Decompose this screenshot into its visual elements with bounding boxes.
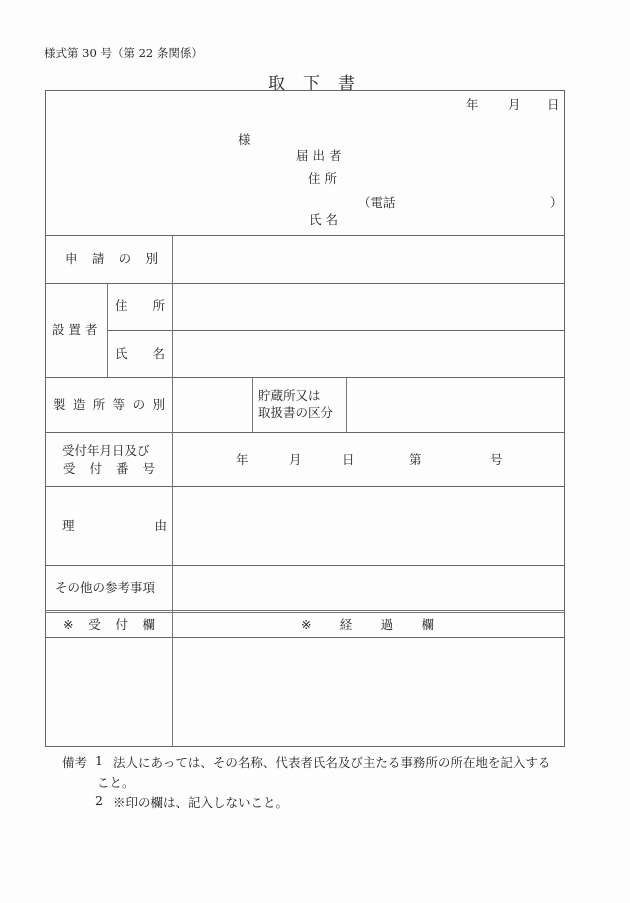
receipt-date-number-field[interactable] — [174, 434, 564, 485]
installer-label: 設 置 者 — [52, 324, 97, 337]
receipt-label-line2: 受 付 番 号 — [63, 463, 155, 476]
remark-number: 2 — [95, 793, 103, 808]
installer-name-field[interactable] — [174, 332, 564, 376]
label-char: 氏 — [115, 348, 128, 361]
storage-category-label-line2: 取扱書の区分 — [258, 407, 333, 420]
label-char: ※ — [301, 619, 311, 632]
label-char: 所 — [93, 399, 106, 412]
label-char: ※ — [63, 619, 73, 632]
storage-category-label-line1: 貯蔵所又は — [258, 390, 321, 403]
divider — [107, 330, 565, 331]
receipt-label-line1: 受付年月日及び — [62, 445, 150, 458]
reason-label: 理 由 — [62, 520, 167, 533]
label-char: 番 — [116, 463, 129, 476]
label-char: 等 — [113, 399, 126, 412]
label-char: 申 — [65, 253, 78, 266]
remarks-label: 備考 — [62, 753, 87, 771]
label-char: 経 — [340, 619, 353, 632]
column-divider — [107, 283, 108, 377]
date-day-label: 日 — [547, 99, 560, 112]
progress-area — [174, 640, 564, 746]
remark-text: 法人にあっては、その名称、代表者氏名及び主たる事務所の所在地を記入する — [113, 753, 550, 771]
label-char: 過 — [381, 619, 394, 632]
applicant-label: 届 出 者 — [296, 150, 341, 163]
other-notes-label: その他の参考事項 — [55, 582, 155, 595]
installer-address-field[interactable] — [174, 285, 564, 329]
date-year-label: 年 — [466, 99, 479, 112]
reception-column-label: ※ 受 付 欄 — [63, 619, 155, 632]
label-char: 付 — [89, 463, 102, 476]
label-char: 名 — [152, 348, 165, 361]
label-char: 欄 — [421, 619, 434, 632]
date-month-label: 月 — [508, 99, 521, 112]
label-char: 製 — [53, 399, 66, 412]
column-divider — [172, 235, 173, 747]
label-char: 請 — [92, 253, 105, 266]
addressee-suffix: 様 — [238, 134, 251, 147]
label-char: 受 — [63, 463, 76, 476]
remark-text-continued: こと。 — [97, 773, 135, 791]
divider — [45, 377, 565, 378]
label-char: 由 — [154, 520, 167, 533]
label-char: 理 — [62, 520, 75, 533]
column-divider — [252, 377, 253, 432]
remark-number: 1 — [95, 753, 103, 768]
label-char: 別 — [145, 253, 158, 266]
divider — [45, 486, 565, 487]
label-char: 所 — [152, 300, 165, 313]
applicant-name-field[interactable] — [360, 212, 560, 230]
label-char: 住 — [115, 300, 128, 313]
divider — [45, 235, 565, 236]
divider — [45, 565, 565, 566]
progress-column-label: ※ 経 過 欄 — [301, 619, 434, 632]
label-char: 造 — [73, 399, 86, 412]
phone-close: ） — [550, 197, 563, 210]
column-divider — [346, 377, 347, 432]
remark-text: ※印の欄は、記入しないこと。 — [113, 793, 288, 811]
reason-field[interactable] — [174, 488, 564, 564]
storage-category-field[interactable] — [348, 379, 564, 431]
facility-type-label: 製 造 所 等 の 別 — [53, 399, 165, 412]
other-notes-field[interactable] — [174, 567, 564, 609]
label-char: の — [133, 399, 146, 412]
label-char: 欄 — [142, 619, 155, 632]
applicant-name-label: 氏 名 — [309, 214, 338, 227]
installer-name-label: 氏 名 — [115, 348, 165, 361]
label-char: の — [119, 253, 132, 266]
installer-address-label: 住 所 — [115, 300, 165, 313]
applicant-address-label: 住 所 — [308, 173, 337, 186]
label-char: 別 — [152, 399, 165, 412]
label-char: 付 — [115, 619, 128, 632]
phone-label: （電話 — [358, 197, 396, 210]
divider — [45, 283, 565, 284]
label-char: 受 — [88, 619, 101, 632]
application-type-label: 申 請 の 別 — [65, 253, 158, 266]
double-divider — [45, 610, 565, 613]
applicant-address-field[interactable] — [380, 172, 560, 188]
divider — [45, 432, 565, 433]
label-char: 号 — [142, 463, 155, 476]
application-type-field[interactable] — [174, 237, 564, 282]
phone-field[interactable] — [400, 196, 545, 212]
divider — [45, 637, 565, 638]
form-number: 様式第 30 号（第 22 条関係） — [44, 48, 203, 60]
facility-type-field[interactable] — [174, 379, 251, 431]
reception-area — [47, 640, 171, 746]
